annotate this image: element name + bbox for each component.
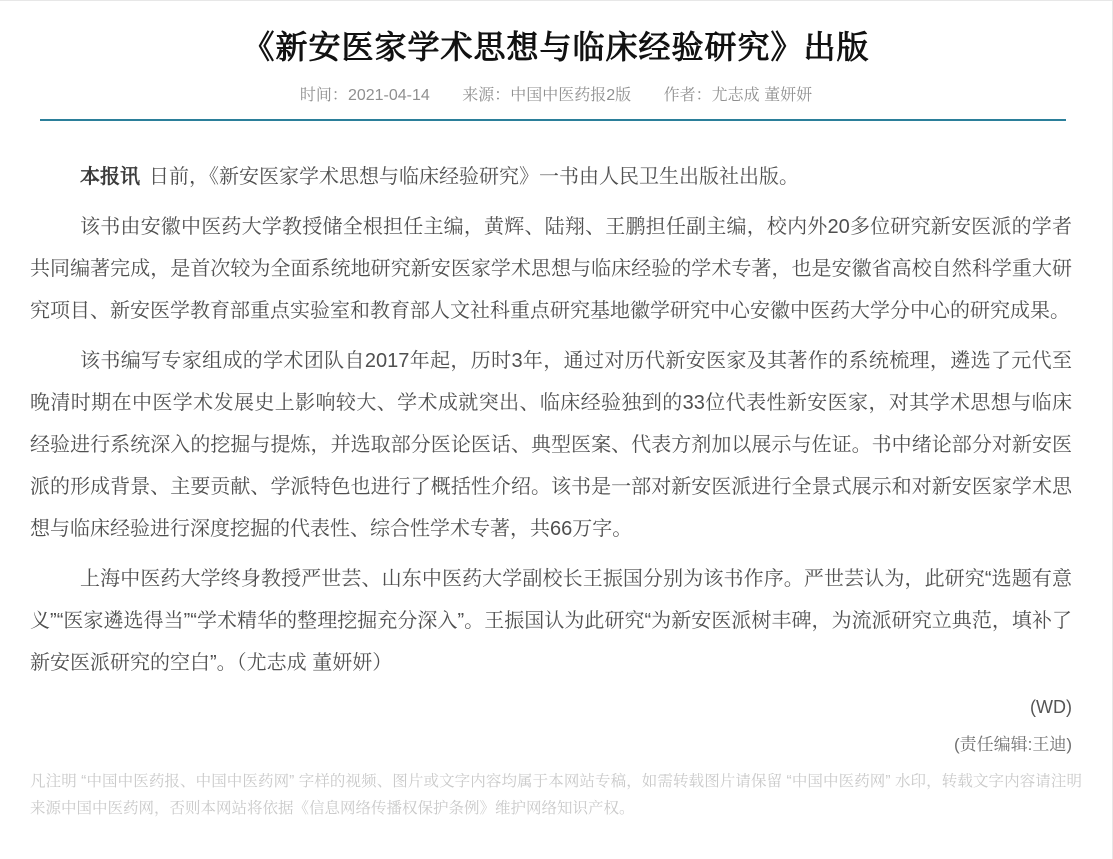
article-page: 《新安医家学术思想与临床经验研究》出版 时间：2021-04-14 来源：中国中… [0,0,1113,859]
article-meta: 时间：2021-04-14 来源：中国中医药报2版 作者：尤志成 董妍妍 [0,87,1112,105]
responsible-editor-note: (责任编辑:王迪) [30,730,1072,760]
meta-source-label: 来源： [462,87,510,104]
lead-paragraph: 本报讯日前，《新安医家学术思想与临床经验研究》一书由人民卫生出版社出版。 [30,156,1072,198]
meta-author-value: 尤志成 董妍妍 [712,87,812,104]
signature-wd: (WD) [30,692,1072,722]
meta-author-label: 作者： [664,87,712,104]
paragraph-prefaces: 上海中医药大学终身教授严世芸、山东中医药大学副校长王振国分别为该书作序。严世芸认… [30,558,1072,684]
paragraph-editors: 该书由安徽中医药大学教授储全根担任主编，黄辉、陆翔、王鹏担任副主编，校内外20多… [30,206,1072,332]
article-body: 本报讯日前，《新安医家学术思想与临床经验研究》一书由人民卫生出版社出版。 该书由… [0,121,1112,760]
meta-source: 来源：中国中医药报2版 [462,87,631,104]
meta-time-label: 时间： [300,87,348,104]
copyright-notice: 凡注明 “中国中医药报、中国中医药网” 字样的视频、图片或文字内容均属于本网站专… [0,760,1112,822]
meta-time: 时间：2021-04-14 [300,87,430,104]
lead-label: 本报讯 [80,166,149,188]
lead-text: 日前，《新安医家学术思想与临床经验研究》一书由人民卫生出版社出版。 [149,166,799,188]
meta-author: 作者：尤志成 董妍妍 [664,87,812,104]
meta-time-value: 2021-04-14 [348,87,430,104]
article-title: 《新安医家学术思想与临床经验研究》出版 [40,27,1072,67]
paragraph-research-team: 该书编写专家组成的学术团队自2017年起，历时3年，通过对历代新安医家及其著作的… [30,340,1072,550]
meta-source-value: 中国中医药报2版 [510,87,631,104]
